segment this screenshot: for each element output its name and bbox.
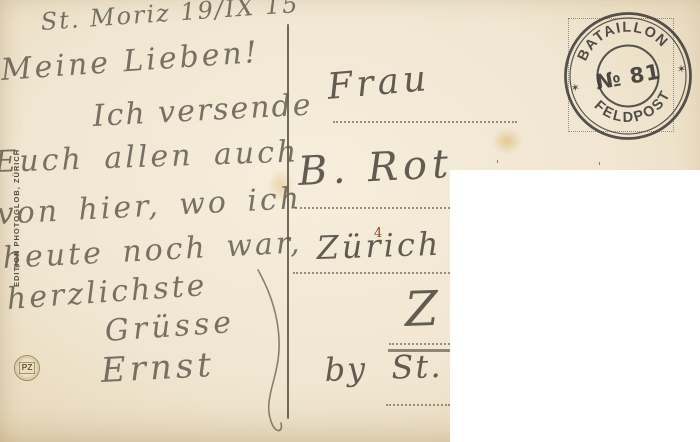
postmark-rings: BATAILLON FELDPOST ✶ ✶ № 81 [557, 5, 699, 147]
message-line: Euch allen auch [0, 137, 300, 178]
signature-flourish [233, 266, 303, 438]
message-line: von hier, wo ich [0, 184, 303, 230]
postmark-star-right: ✶ [676, 63, 687, 76]
postcard-back: EDITION PHOTOGLOB, ZÜRICH PZ St. Moriz 1… [0, 0, 700, 442]
publisher-logo: PZ [14, 355, 40, 381]
address-title: Frau [326, 61, 432, 106]
address-city-line: Zürich [316, 228, 442, 264]
address-initial-letter: Z [404, 285, 439, 334]
postmark-star-left: ✶ [570, 82, 581, 95]
age-stain [492, 128, 522, 154]
address-dotted-line [333, 121, 517, 123]
address-dotted-line [386, 404, 450, 406]
address-dotted-line [295, 207, 450, 209]
signature: Ernst [100, 348, 216, 388]
address-name: B. Rot [297, 144, 454, 192]
redaction-white-box [450, 170, 700, 442]
address-dotted-line [389, 343, 450, 345]
message-line: Ich versende [92, 90, 313, 131]
logo-monogram: PZ [19, 362, 35, 373]
salutation-line: Meine Lieben! [0, 38, 261, 86]
closing-line: Grüsse [104, 308, 236, 347]
date-line: St. Moriz 19/IX 15 [40, 0, 300, 34]
postmark-center-number: № 81 [594, 59, 663, 94]
postmark-stamp: BATAILLON FELDPOST ✶ ✶ № 81 [557, 5, 699, 147]
address-dotted-line [293, 272, 450, 274]
